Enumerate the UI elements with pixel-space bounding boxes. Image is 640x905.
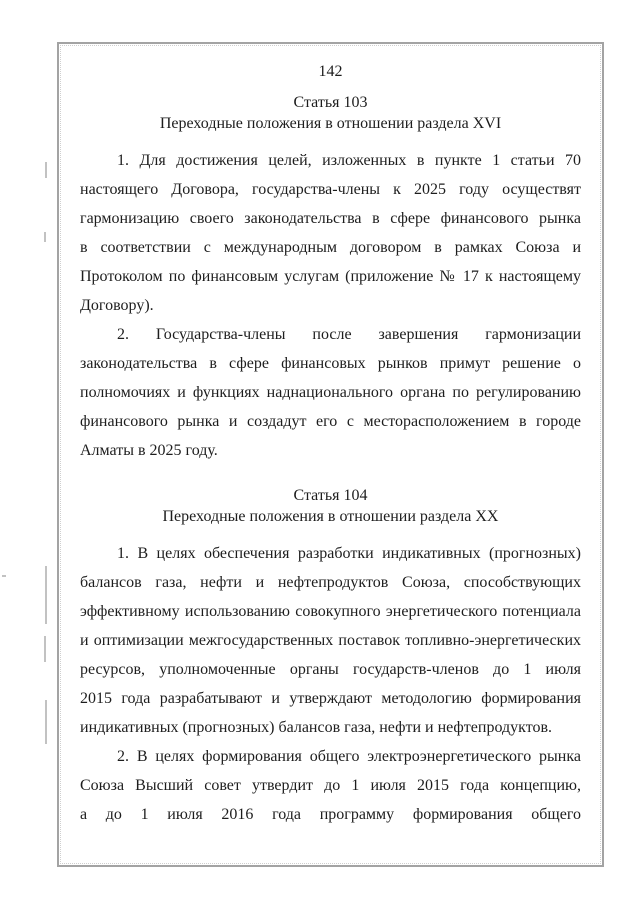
article-heading: Статья 104Переходные положения в отношен… <box>80 485 581 527</box>
text-line: Договору). <box>80 291 581 320</box>
text-line: Союза Высший совет утвердит до 1 июля 20… <box>80 771 581 800</box>
paragraph: 1. Для достижения целей, изложенных в пу… <box>80 146 581 320</box>
text-line: в соответствии с международным договором… <box>80 233 581 262</box>
paragraph: 1. В целях обеспечения разработки индика… <box>80 539 581 742</box>
scan-artifact <box>45 162 47 178</box>
text-line: настоящего Договора, государства-члены к… <box>80 175 581 204</box>
text-line: 1. В целях обеспечения разработки индика… <box>80 539 581 568</box>
scan-artifact <box>45 700 47 744</box>
text-line: 2. Государства-члены после завершения га… <box>80 320 581 349</box>
text-line: полномочиях и функциях наднационального … <box>80 378 581 407</box>
text-line: финансового рынка и создадут его с место… <box>80 407 581 436</box>
text-line: индикативных (прогнозных) балансов газа,… <box>80 713 581 742</box>
text-line: балансов газа, нефти и нефтепродуктов Со… <box>80 568 581 597</box>
text-line: ресурсов, уполномоченные органы государс… <box>80 655 581 684</box>
page-content: 142 Статья 103Переходные положения в отн… <box>59 44 602 829</box>
paragraph: 2. Государства-члены после завершения га… <box>80 320 581 465</box>
text-line: а до 1 июля 2016 года программу формиров… <box>80 800 581 829</box>
text-line: 1. Для достижения целей, изложенных в пу… <box>80 146 581 175</box>
article-subtitle: Переходные положения в отношении раздела… <box>80 506 581 527</box>
page-number: 142 <box>80 62 581 82</box>
text-line: 2. В целях формирования общего электроэн… <box>80 742 581 771</box>
paragraph: 2. В целях формирования общего электроэн… <box>80 742 581 829</box>
article: Статья 103Переходные положения в отношен… <box>80 92 581 465</box>
text-line: гармонизацию своего законодательства в с… <box>80 204 581 233</box>
text-line: эффективному использованию совокупного э… <box>80 597 581 626</box>
article-subtitle: Переходные положения в отношении раздела… <box>80 113 581 134</box>
page-frame: 142 Статья 103Переходные положения в отн… <box>57 42 604 867</box>
article-title: Статья 103 <box>80 92 581 113</box>
text-line: Алматы в 2025 году. <box>80 436 581 465</box>
article: Статья 104Переходные положения в отношен… <box>80 485 581 829</box>
text-line: Протоколом по финансовым услугам (прилож… <box>80 262 581 291</box>
articles-container: Статья 103Переходные положения в отношен… <box>80 92 581 829</box>
scan-artifact <box>44 232 46 242</box>
text-line: 2015 года разрабатывают и утверждают мет… <box>80 684 581 713</box>
text-line: и оптимизации межгосударственных поставо… <box>80 626 581 655</box>
article-title: Статья 104 <box>80 485 581 506</box>
scan-artifact <box>45 566 47 624</box>
scan-artifact <box>2 575 6 577</box>
text-line: законодательства в сфере финансовых рынк… <box>80 349 581 378</box>
article-heading: Статья 103Переходные положения в отношен… <box>80 92 581 134</box>
scan-artifact <box>44 636 46 662</box>
